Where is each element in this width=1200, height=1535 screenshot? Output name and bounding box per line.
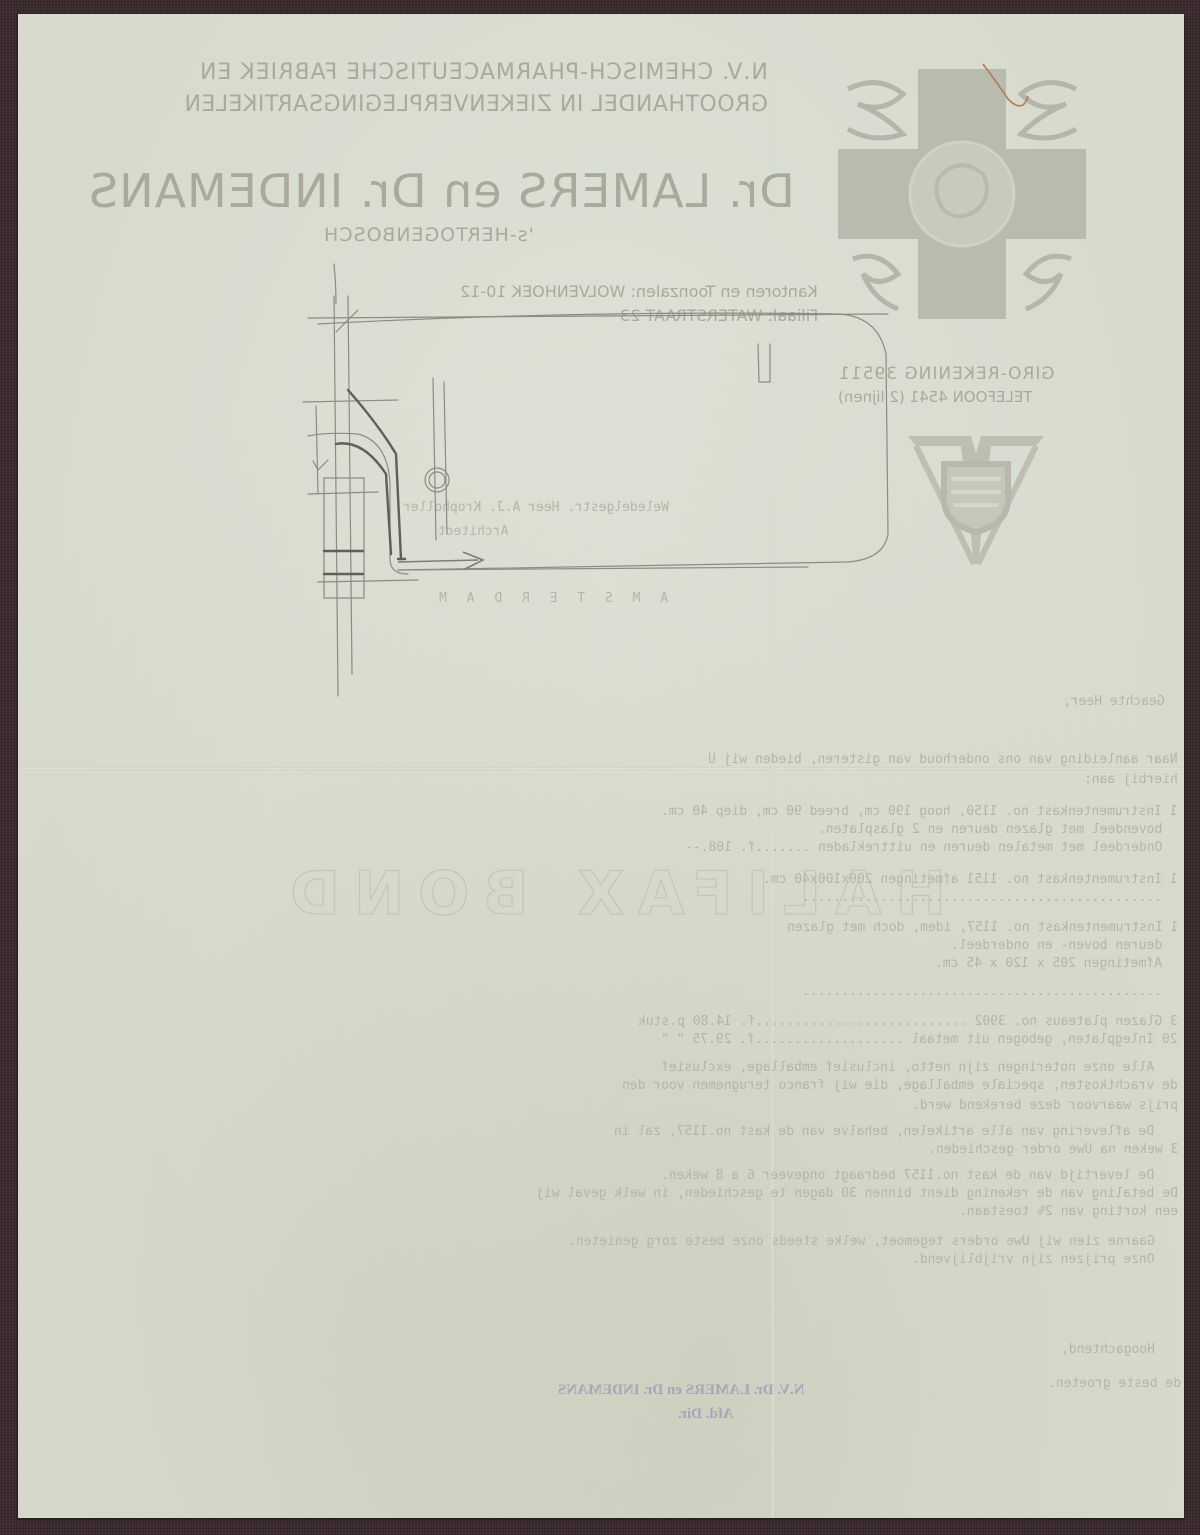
letterhead-address-branch: Filiaal: WATERSTRAAT 23	[328, 306, 818, 325]
letterhead-line1: N.V. CHEMISCH-PHARMACEUTISCHE FABRIEK EN	[98, 60, 768, 85]
winged-v-shield-icon	[896, 424, 1056, 574]
typed-salutation: Geachte Heer,	[1063, 694, 1165, 709]
letterhead-line2: GROOTHANDEL IN ZIEKENVERPLEGINGSARTIKELE…	[98, 92, 768, 117]
signature-stamp-line2: Afd. Dir.	[678, 1406, 778, 1423]
letterhead-giro: GIRO-REKENING 39511	[838, 364, 1118, 384]
typed-closing-left: Met de beste groeten.	[1048, 1376, 1184, 1391]
horizontal-fold-crease	[18, 767, 1184, 770]
typed-addressee-line2: Architect	[438, 524, 508, 539]
signature-stamp-line1: N.V. Dr. LAMERS en Dr. INDEMANS	[558, 1382, 1018, 1399]
red-cross-emblem-icon	[838, 69, 1086, 319]
typed-addressee-line1: Weledelgestr. Heer A.J. Kropholler	[403, 500, 669, 515]
letter-sheet: N.V. CHEMISCH-PHARMACEUTISCHE FABRIEK EN…	[18, 14, 1184, 1518]
letterhead-telephone: TELEFOON 4541 (2 lijnen)	[838, 388, 1118, 406]
letterhead-city: 's-HERTOGENBOSCH	[268, 224, 588, 246]
typed-city-line: A M S T E R D A M	[433, 591, 668, 606]
letterhead-company-name: Dr. LAMERS en Dr. INDEMANS	[88, 164, 778, 218]
letterhead-address-office: Kantoren en Toonzalen: WOLVENHOEK 10-12	[328, 282, 818, 301]
